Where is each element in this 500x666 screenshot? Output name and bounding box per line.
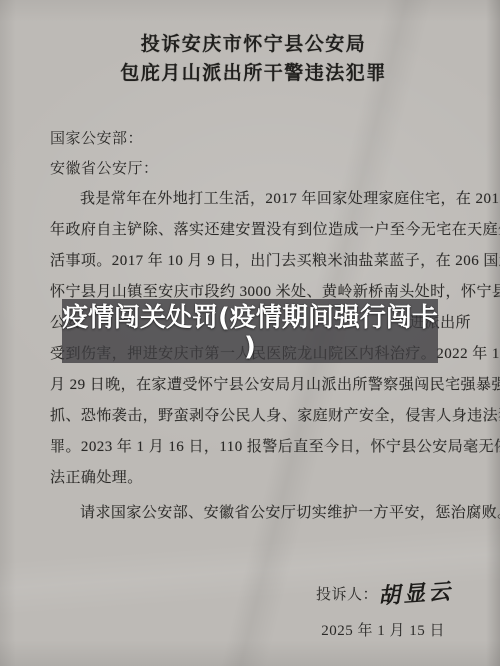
body-line: 法正确处理。 xyxy=(50,463,457,494)
document-title: 投诉安庆市怀宁县公安局 包庇月山派出所干警违法犯罪 xyxy=(50,30,457,88)
body-line: 我是常年在外地打工生活，2017 年回家处理家庭住宅，在 2013 xyxy=(50,184,457,215)
overlay-caption-banner: 疫情闯关处罚(疫情期间强行闯卡 ) xyxy=(62,299,438,363)
body-line: 罪。2023 年 1 月 16 日，110 报警后直至今日，怀宁县公安局毫无依 xyxy=(50,432,457,463)
overlay-caption-line-2: ) xyxy=(244,334,256,360)
document-title-line-1: 投诉安庆市怀宁县公安局 xyxy=(50,30,457,59)
document-title-line-2: 包庇月山派出所干警违法犯罪 xyxy=(50,59,457,88)
salutation-ministry: 国家公安部： xyxy=(50,124,457,154)
body-line: 活事项。2017 年 10 月 9 日，出门去买粮米油盐菜蓝子，在 206 国道 xyxy=(50,246,457,277)
body-line: 抓、恐怖袭击，野蛮剥夺公民人身、家庭财产安全，侵害人身违法犯 xyxy=(50,401,457,432)
signature-line: 投诉人：胡显云 xyxy=(50,577,457,611)
signature-label: 投诉人： xyxy=(316,587,378,603)
paragraph-2: 请求国家公安部、安徽省公安厅切实维护一方平安，惩治腐败。 xyxy=(50,498,457,529)
salutations: 国家公安部： 安徽省公安厅： xyxy=(50,124,457,184)
signature-date: 2025 年 1 月 15 日 xyxy=(50,616,457,647)
body-line: 年政府自主铲除、落实还建安置没有到位造成一户至今无宅在天庭生 xyxy=(50,215,457,246)
salutation-province: 安徽省公安厅： xyxy=(50,154,457,184)
signature-name-handwritten: 胡显云 xyxy=(377,576,454,612)
overlay-caption-line-1: 疫情闯关处罚(疫情期间强行闯卡 xyxy=(62,302,438,334)
photo-of-document: 投诉安庆市怀宁县公安局 包庇月山派出所干警违法犯罪 国家公安部： 安徽省公安厅：… xyxy=(0,0,500,666)
body-line: 月 29 日晚，在家遭受怀宁县公安局月山派出所警察强闯民宅强暴强 xyxy=(50,370,457,401)
